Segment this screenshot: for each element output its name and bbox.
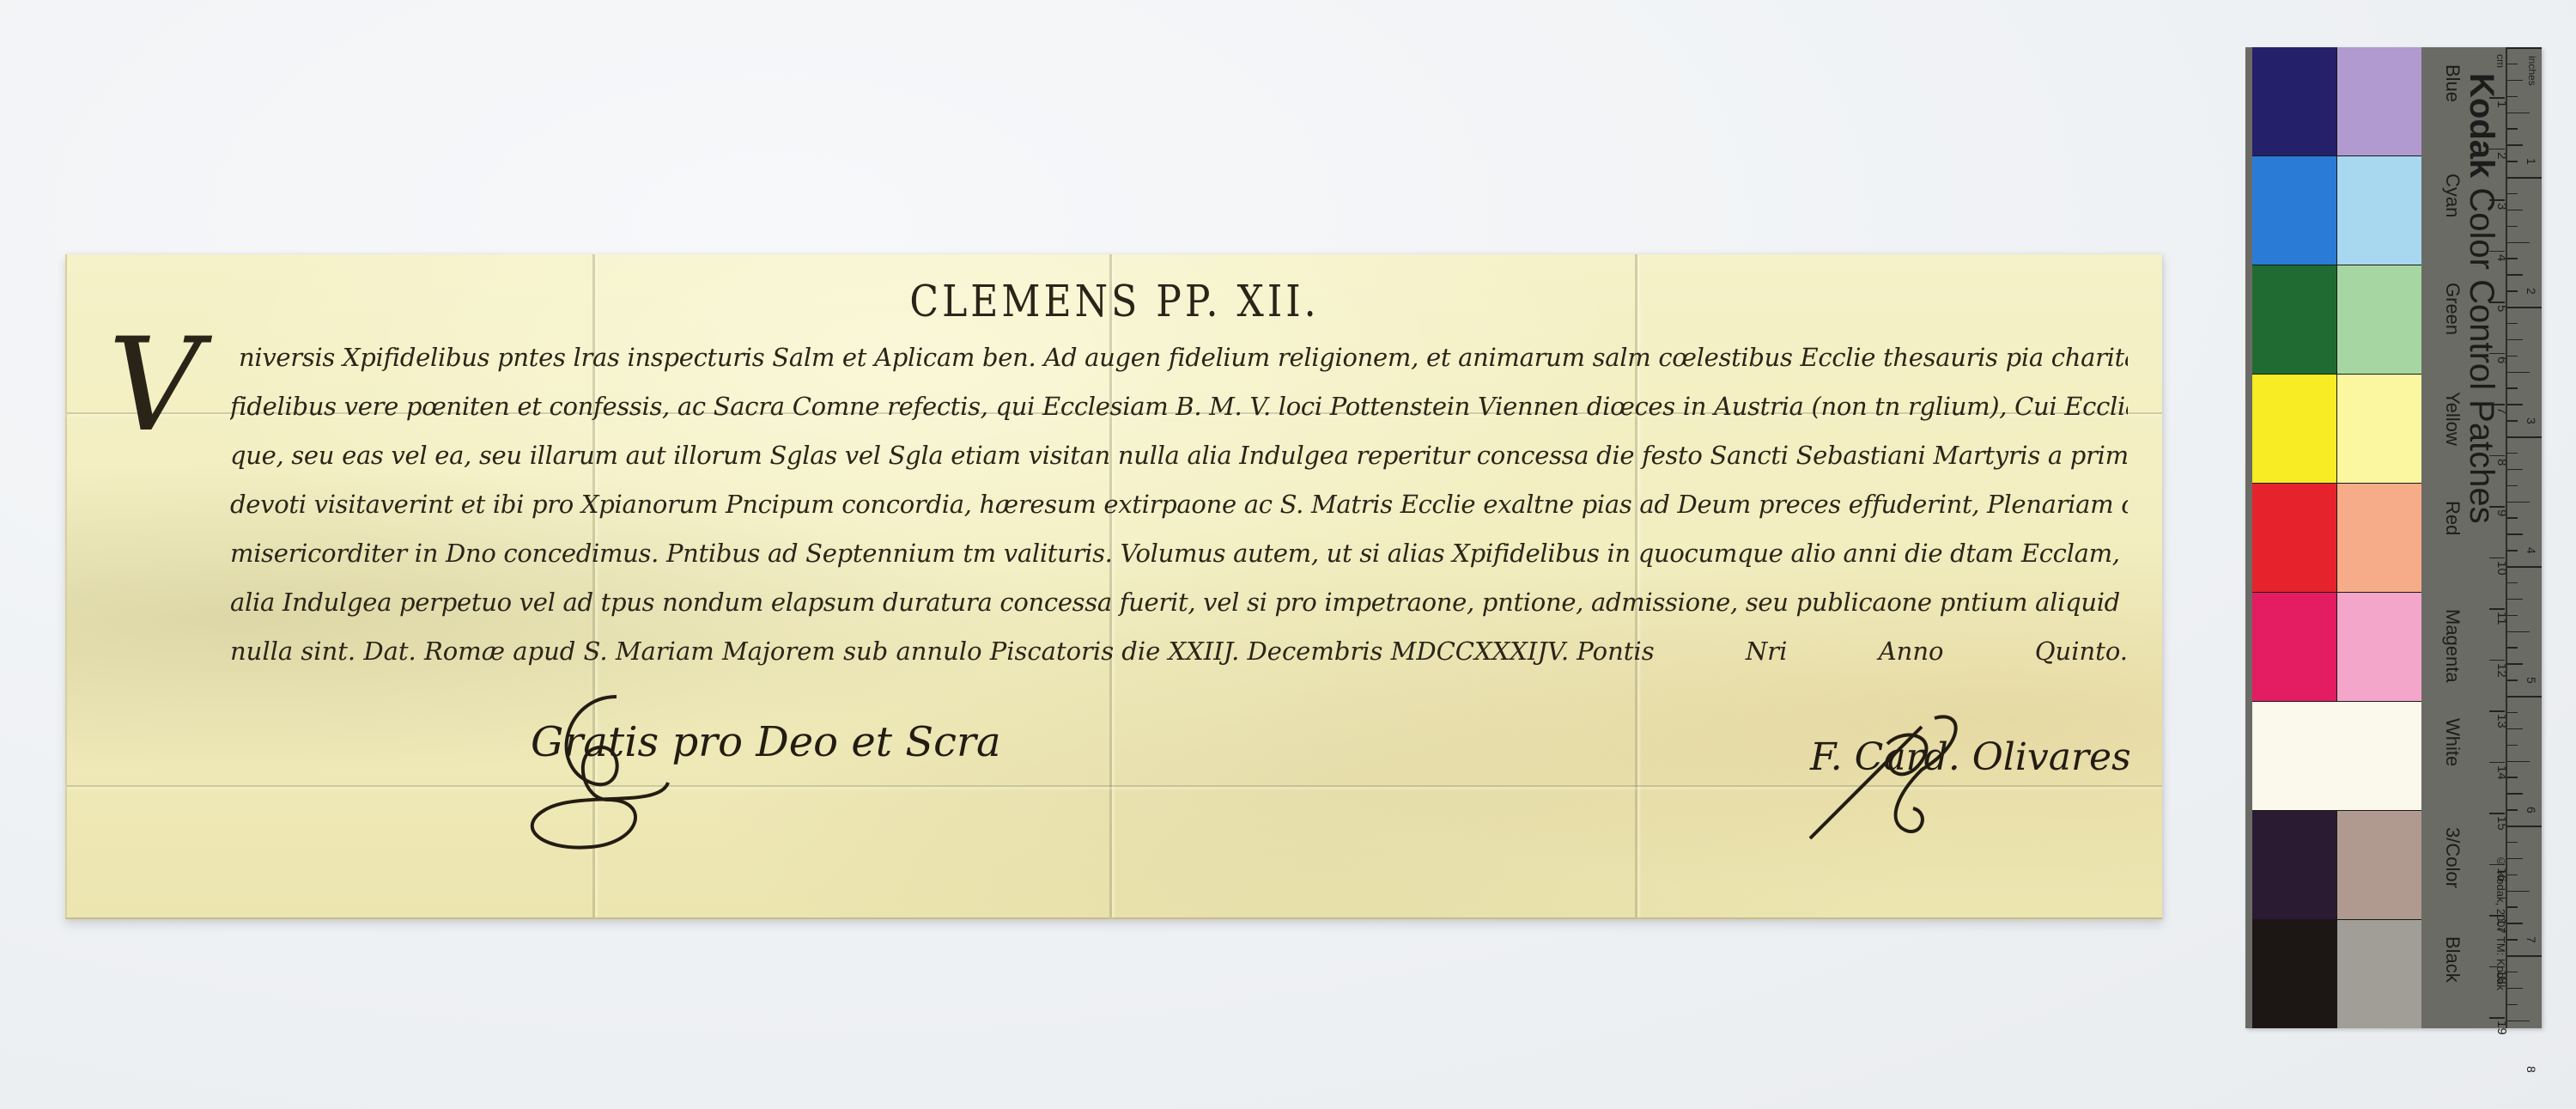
inch-tick <box>2507 874 2518 876</box>
inch-tick <box>2507 679 2518 681</box>
cm-tick <box>2489 1017 2505 1019</box>
text-line: devoti visitaverint et ibi pro Xpianorum… <box>230 480 2128 529</box>
cm-tick <box>2489 353 2505 355</box>
inch-tick <box>2507 923 2523 924</box>
inch-tick <box>2507 274 2523 276</box>
inch-tick <box>2507 64 2518 65</box>
inch-tick-label: 8 <box>2524 1066 2538 1073</box>
inch-tick <box>2507 436 2542 438</box>
inch-tick <box>2507 485 2518 487</box>
inch-tick <box>2507 550 2518 551</box>
cm-tick <box>2489 455 2505 457</box>
inch-tick <box>2507 161 2518 162</box>
patch-label: Green <box>2434 265 2464 375</box>
inch-tick <box>2507 533 2523 535</box>
cm-tick <box>2489 149 2505 150</box>
inch-tick <box>2507 696 2542 698</box>
patch-blue-light <box>2337 47 2421 155</box>
text-line: misericorditer in Dno concedimus. Pntibu… <box>230 529 2128 578</box>
inch-tick <box>2507 891 2530 893</box>
text-line: que, seu eas vel ea, seu illarum aut ill… <box>230 431 2128 480</box>
cm-tick <box>2489 558 2505 559</box>
chart-label-band: Blue Cyan Green Yellow Red Magenta White… <box>2426 47 2542 1028</box>
cm-tick <box>2489 710 2505 712</box>
text-line: alia Indulgea perpetuo vel ad tpus nondu… <box>230 578 2128 627</box>
inch-tick <box>2507 96 2518 98</box>
inch-tick <box>2507 113 2530 114</box>
inch-tick <box>2507 339 2523 341</box>
inch-tick <box>2507 631 2530 633</box>
cm-tick <box>2489 608 2505 610</box>
patch-red-dark <box>2252 484 2336 592</box>
inch-tick <box>2507 826 2542 827</box>
inch-tick <box>2507 712 2518 714</box>
gratis-annotation: Gratis pro Deo et Scra <box>531 718 1001 766</box>
inch-tick <box>2507 972 2518 973</box>
patch-cyan-light <box>2337 156 2421 265</box>
inch-tick <box>2507 955 2542 957</box>
dating-clause: nulla sint. Dat. Romæ apud S. Mariam Maj… <box>230 627 1655 676</box>
dating-anno: Anno <box>1879 627 1944 676</box>
text-line: niversis Xpifidelibus pntes lras inspect… <box>230 333 2128 382</box>
inch-unit-label: inches <box>2526 56 2538 86</box>
patch-3color-light <box>2337 811 2421 919</box>
patch-cyan-dark <box>2252 156 2336 265</box>
cm-tick <box>2489 864 2505 866</box>
inch-ruler: inches 12345678 <box>2506 47 2542 1028</box>
cm-tick <box>2489 97 2505 99</box>
document-body: niversis Xpifidelibus pntes lras inspect… <box>230 333 2128 676</box>
inch-tick <box>2507 599 2523 600</box>
cm-tick <box>2489 915 2505 917</box>
text-line: fidelibus vere pœniten et confessis, ac … <box>230 382 2128 431</box>
inch-tick <box>2507 290 2518 292</box>
document-title: CLEMENS PP. XII. <box>67 277 2162 327</box>
cm-tick <box>2489 506 2505 508</box>
dating-nri: Nri <box>1746 627 1788 676</box>
inch-tick <box>2507 502 2530 503</box>
inch-tick-label: 3 <box>2524 417 2538 424</box>
cm-tick <box>2489 302 2505 303</box>
inch-tick <box>2507 144 2523 146</box>
inch-tick <box>2507 258 2518 259</box>
inch-tick <box>2507 372 2530 374</box>
patch-magenta-dark <box>2252 593 2336 701</box>
inch-tick <box>2507 939 2518 941</box>
inch-tick <box>2507 517 2518 519</box>
kodak-brand: Kodak <box>2463 73 2500 178</box>
patch-label: 3/Color <box>2434 810 2464 919</box>
patch-label: Blue <box>2434 47 2464 156</box>
cm-tick <box>2489 813 2505 814</box>
patch-black-light <box>2337 920 2421 1028</box>
patch-yellow-light <box>2337 375 2421 483</box>
inch-tick <box>2507 193 2518 195</box>
cm-tick <box>2489 966 2505 968</box>
inch-tick <box>2507 647 2518 649</box>
kodak-color-chart: Blue Cyan Green Yellow Red Magenta White… <box>2245 47 2542 1028</box>
inch-tick <box>2507 210 2523 211</box>
inch-tick-label: 4 <box>2524 547 2538 554</box>
inch-tick <box>2507 728 2523 730</box>
inch-tick-label: 5 <box>2524 677 2538 684</box>
cm-tick <box>2489 660 2505 661</box>
inch-tick-label: 6 <box>2524 807 2538 813</box>
inch-tick <box>2507 793 2523 795</box>
patch-labels: Blue Cyan Green Yellow Red Magenta White… <box>2434 47 2464 1028</box>
inch-tick <box>2507 128 2518 130</box>
inch-tick-label: 7 <box>2524 936 2538 943</box>
patch-label: Yellow <box>2434 375 2464 484</box>
inch-tick <box>2507 842 2518 844</box>
cm-tick <box>2489 404 2505 405</box>
inch-tick <box>2507 745 2518 746</box>
patch-label: Cyan <box>2434 156 2464 265</box>
patch-green-dark <box>2252 265 2336 374</box>
inch-tick <box>2507 453 2518 454</box>
cardinal-signature: F. Card. Olivares <box>1810 735 2131 779</box>
cm-tick <box>2489 199 2505 201</box>
inch-tick <box>2507 663 2523 665</box>
patch-label: Black <box>2434 919 2464 1028</box>
inch-tick <box>2507 307 2542 308</box>
cm-tick <box>2489 762 2505 764</box>
inch-tick <box>2507 47 2542 49</box>
patch-label: White <box>2434 701 2464 810</box>
inch-tick <box>2507 566 2542 568</box>
cm-tick <box>2489 251 2505 253</box>
inch-tick <box>2507 80 2523 82</box>
patch-label: Magenta <box>2434 592 2464 701</box>
inch-tick <box>2507 582 2518 584</box>
papal-brief-parchment: CLEMENS PP. XII. V niversis Xpifidelibus… <box>65 254 2162 919</box>
decorated-initial: V <box>108 321 201 450</box>
patch-label: Red <box>2434 484 2464 593</box>
inch-tick <box>2507 420 2518 422</box>
inch-tick <box>2507 858 2523 860</box>
inch-tick <box>2507 356 2518 357</box>
gratis-flourish-icon <box>513 688 702 860</box>
inch-tick <box>2507 1004 2518 1006</box>
inch-tick <box>2507 777 2518 778</box>
inch-tick <box>2507 615 2518 617</box>
patch-yellow-dark <box>2252 375 2336 483</box>
inch-tick <box>2507 809 2518 811</box>
inch-tick <box>2507 988 2523 990</box>
inch-tick-label: 1 <box>2524 158 2538 165</box>
inch-tick <box>2507 1021 2530 1022</box>
patch-black-dark <box>2252 920 2336 1028</box>
inch-tick <box>2507 906 2518 908</box>
inch-tick <box>2507 469 2523 471</box>
color-patches <box>2252 47 2421 1028</box>
inch-tick <box>2507 404 2523 405</box>
patch-magenta-light <box>2337 593 2421 701</box>
dating-quinto: Quinto. <box>2035 627 2128 676</box>
inch-tick <box>2507 761 2530 763</box>
patch-white <box>2252 702 2421 810</box>
patch-3color-dark <box>2252 811 2336 919</box>
inch-tick <box>2507 242 2530 244</box>
inch-tick <box>2507 323 2518 325</box>
patch-green-light <box>2337 265 2421 374</box>
patch-blue-dark <box>2252 47 2336 155</box>
patch-red-light <box>2337 484 2421 592</box>
cm-unit-label: cm <box>2494 54 2506 68</box>
inch-tick <box>2507 226 2518 228</box>
inch-tick <box>2507 177 2542 179</box>
inch-tick-label: 2 <box>2524 288 2538 295</box>
inch-tick <box>2507 387 2518 389</box>
dating-line: nulla sint. Dat. Romæ apud S. Mariam Maj… <box>230 627 2128 676</box>
